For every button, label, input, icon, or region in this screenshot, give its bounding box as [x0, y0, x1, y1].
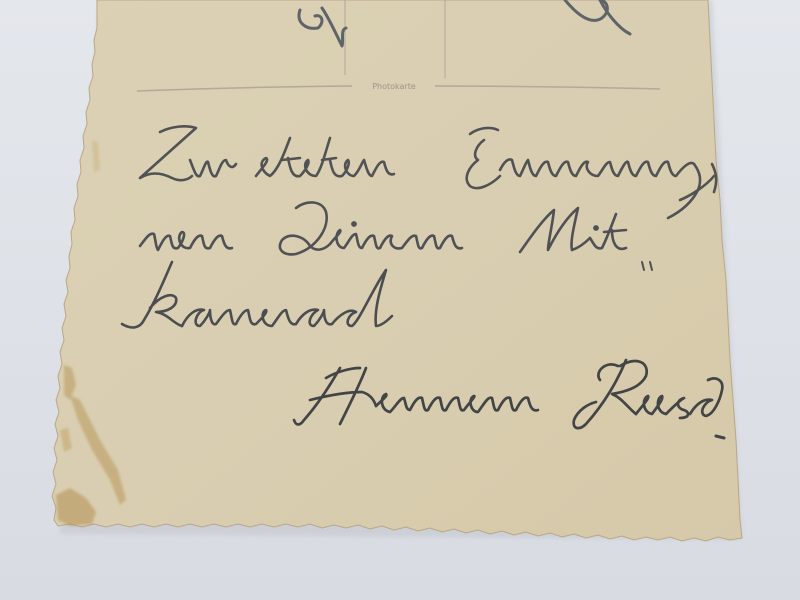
postcard-scene: Photokarte [0, 0, 800, 600]
printed-divider-label: Photokarte [372, 82, 416, 91]
